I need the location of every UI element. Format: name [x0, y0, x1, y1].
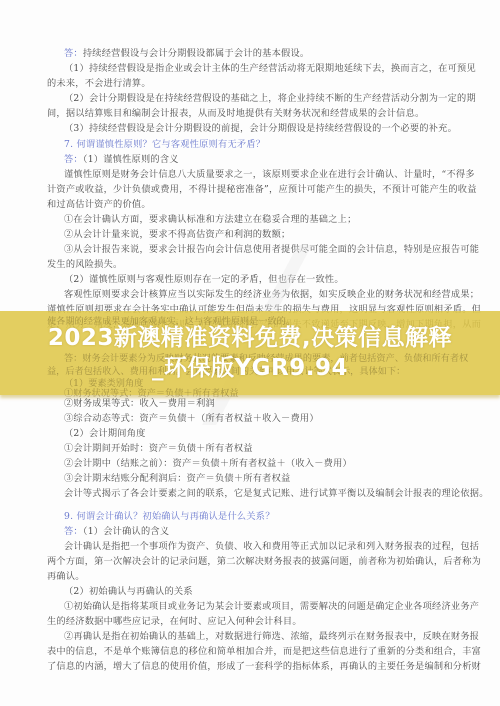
q8-item-2: ②财务成果等式：收入－费用＝利润 — [64, 397, 215, 410]
q8-item-4: ①会计期间开始时：资产＝负债＋所有者权益 — [64, 442, 253, 455]
q7-sub1-line: 计资产或收益，少计负债或费用，不得计提秘密准备”，应预计可能产生的损失，不预计可… — [47, 183, 477, 196]
subsection-title: （1）会计确认的含义 — [83, 526, 169, 537]
banner-title-line-1: 2023新澳精准资料免费,决策信息解释 — [0, 324, 500, 352]
q9-sub1-title: 答：（1）会计确认的含义 — [64, 525, 169, 538]
answer-label: 答： — [64, 48, 83, 59]
answer-text: 持续经营假设与会计分期假设都属于会计的基本假设。 — [83, 48, 310, 59]
question-text: 何谓会计确认？初始确认与再确认是什么关系？ — [76, 511, 274, 522]
q7-sub1-line: 和过高估计资产的价值。 — [47, 198, 151, 211]
answer-label: 答： — [64, 526, 83, 537]
q7-sub2-title: （2）谨慎性原则与客观性原则存在一定的矛盾，但也存在一致性。 — [64, 273, 344, 286]
q7-sub1-title: 答：（1）谨慎性原则的含义 — [64, 153, 179, 166]
q9-item-1: ①初始确认是指将某项目或业务记为某会计要素或项目，需要解决的问题是确定企业各项经… — [64, 600, 479, 613]
q9-sub1-line: 两个方面，第一次解决会计的记录问题，第二次解决财务报表的披露问题，前者称为初始确… — [47, 555, 481, 568]
q6-paragraph-3: （3）持续经营假设是会计分期假设的前提，会计分期假设是持续经营假设的一个必要的补… — [64, 122, 457, 135]
q6-paragraph-2: （2）会计分期假设是在持续经营假设的基础之上，将企业持续不断的生产经营活动分割为… — [64, 92, 476, 105]
q9-sub2-title: （2）初始确认与再确认的关系 — [64, 585, 193, 598]
q8-item-3: ③综合动态等式：资产＝负债＋（所有者权益＋收入－费用） — [64, 412, 319, 425]
q8-item-6: ③会计期末结账分配利润后：资产＝负债＋所有者权益 — [64, 472, 291, 485]
q7-sub1-line: 谨慎性原则是财务会计信息八大质量要求之一，该原则要求企业在进行会计确认、计量时，… — [64, 168, 475, 181]
document-page: 答：持续经营假设与会计分期假设都属于会计的基本假设。 （1）持续经营假设是指企业… — [0, 0, 500, 706]
q8-item-5: ②会计期中（结账之前）：资产＝负债＋所有者权益＋（收入－费用） — [64, 457, 352, 470]
q9-question-heading: 9. 何谓会计确认？初始确认与再确认是什么关系？ — [64, 510, 275, 523]
overlay-banner: 使各期的经营成果更加客观真实，这与客观性原则是一致的。 答：财务会计要素分为反映… — [0, 311, 500, 395]
q7-item-2: ②从会计计量来说，要求不得高估资产和利润的数额； — [64, 228, 291, 241]
q8-summary: 会计等式揭示了各会计要素之间的联系，它是复式记账、进行试算平衡以及编制会计报表的… — [64, 487, 489, 500]
q9-item-2: ②再确认是指在初始确认的基础上，对数据进行筛选、浓缩，最终列示在财务报表中，反映… — [64, 630, 479, 643]
q9-item-2-cont: 表中的信息，不是单个账簿信息的移位和简单相加合并，而是把这些信息进行了重新的分类… — [47, 645, 481, 658]
question-number: 9. — [64, 511, 73, 522]
q9-sub1-line: 会计确认是指把一个事项作为资产、负债、收入和费用等正式加以记录和列入财务报表的过… — [64, 540, 479, 553]
q7-question-heading: 7. 何谓谨慎性原则？它与客观性原则有无矛盾？ — [64, 138, 265, 151]
q9-item-1-cont: 生的经济数据中哪些应记录，在何时、应记入何种会计科目。 — [47, 615, 302, 628]
q6-paragraph-2-cont: 间，据以结算账目和编制会计报表，从而及时地提供有关财务状况和经营成果的会计信息。 — [47, 107, 425, 120]
q6-paragraph-1-cont: 的未来，不会进行清算。 — [47, 77, 151, 90]
q9-item-2-cont: 了信息的内涵，增大了信息的使用价值，形成了一套科学的指标体系，再确认的主要任务是… — [47, 660, 481, 673]
subsection-title: （1）谨慎性原则的含义 — [83, 154, 179, 165]
q8-sub2-title: （2）会计期间角度 — [64, 427, 146, 440]
q6-answer-intro: 答：持续经营假设与会计分期假设都属于会计的基本假设。 — [64, 47, 309, 60]
q7-sub2-line: 客观性原则要求会计核算应当以实际发生的经济业务为依据，如实反映企业的财务状况和经… — [64, 288, 479, 301]
question-text: 何谓谨慎性原则？它与客观性原则有无矛盾？ — [76, 139, 265, 150]
banner-title-line-2: _环保版YGR9.94 — [0, 354, 500, 382]
answer-label: 答： — [64, 154, 83, 165]
q9-sub1-line: 再确认。 — [47, 570, 85, 583]
q7-item-3-cont: 发生的风险损失。 — [47, 258, 123, 271]
question-number: 7. — [64, 139, 73, 150]
q7-item-3: ③从会计报告来说，要求会计报告向会计信息使用者提供尽可能全面的会计信息，特别是应… — [64, 243, 479, 256]
q7-item-1: ①在会计确认方面，要求确认标准和方法建立在稳妥合理的基础之上； — [64, 213, 357, 226]
q6-paragraph-1: （1）持续经营假设是指企业或会计主体的生产经营活动将无限期地延续下去，换而言之，… — [64, 62, 476, 75]
